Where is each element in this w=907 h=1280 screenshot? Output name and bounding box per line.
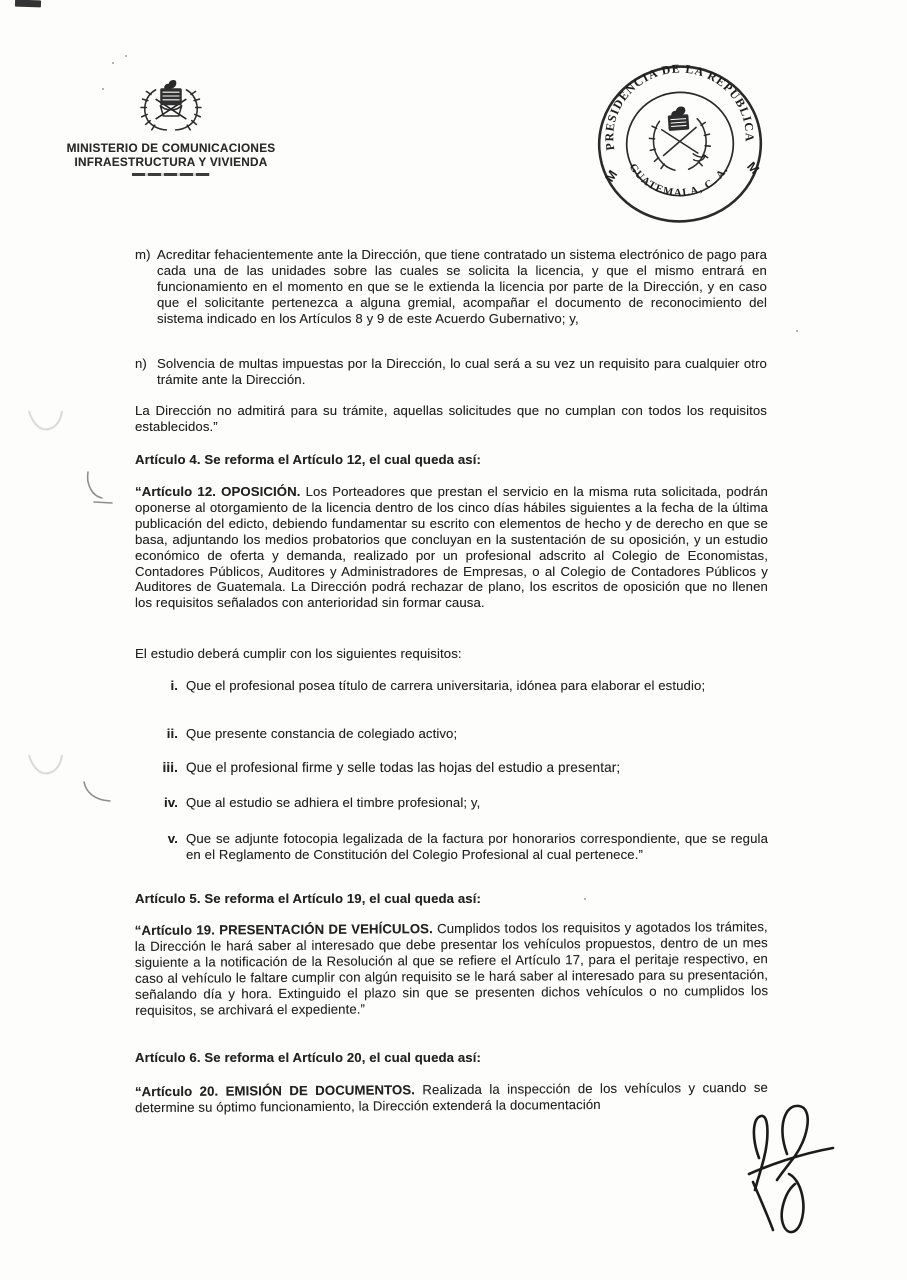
- ministry-name-line1: MINISTERIO DE COMUNICACIONES: [40, 142, 302, 156]
- study-intro: El estudio deberá cumplir con los siguie…: [135, 646, 767, 662]
- margin-pen-mark: [27, 751, 65, 777]
- articulo-12-title: “Artículo 12. OPOSICIÓN.: [135, 484, 301, 499]
- articulo-20-title: “Artículo 20. EMISIÓN DE DOCUMENTOS.: [135, 1082, 415, 1099]
- roman-label: iv.: [152, 795, 178, 811]
- roman-item-i: i. Que el profesional posea título de ca…: [152, 678, 768, 694]
- heading-articulo-6: Artículo 6. Se reforma el Artículo 20, e…: [135, 1050, 767, 1066]
- closing-paragraph: La Dirección no admitirá para su trámite…: [135, 403, 767, 435]
- letterhead-underline: [132, 173, 210, 176]
- scan-speckle: [796, 330, 798, 332]
- presidential-seal-icon: PRESIDENCIA DE LA REPUBLICA GUATEMALA, C…: [583, 52, 777, 236]
- coat-of-arms-icon: [132, 76, 210, 136]
- roman-text: Que el profesional posea título de carre…: [186, 678, 768, 694]
- margin-pen-mark: [80, 780, 112, 806]
- margin-pen-mark: [27, 407, 65, 433]
- scanned-document-page: MINISTERIO DE COMUNICACIONES INFRAESTRUC…: [0, 0, 907, 1280]
- ministry-name-line2: INFRAESTRUCTURA Y VIVIENDA: [40, 156, 302, 170]
- signature-initials: [737, 1096, 855, 1264]
- roman-item-iii: iii. Que el profesional firme y selle to…: [152, 760, 768, 776]
- scan-speckle: [125, 55, 127, 57]
- heading-articulo-4: Artículo 4. Se reforma el Artículo 12, e…: [135, 452, 767, 468]
- roman-item-ii: ii. Que presente constancia de colegiado…: [152, 726, 768, 742]
- articulo-19-title: “Artículo 19. PRESENTACIÓN DE VEHÍCULOS.: [135, 921, 433, 938]
- quetzal-bird: [164, 80, 176, 89]
- scan-artifact: [15, 0, 41, 7]
- roman-item-iv: iv. Que al estudio se adhiera el timbre …: [152, 795, 768, 811]
- roman-item-v: v. Que se adjunte fotocopia legalizada d…: [152, 831, 768, 863]
- roman-text: Que se adjunte fotocopia legalizada de l…: [186, 831, 768, 863]
- svg-text:GUATEMALA, C. A.: GUATEMALA, C. A.: [626, 155, 733, 203]
- articulo-20-paragraph: “Artículo 20. EMISIÓN DE DOCUMENTOS. Rea…: [135, 1080, 768, 1116]
- roman-text: Que al estudio se adhiera el timbre prof…: [186, 795, 768, 811]
- roman-label: iii.: [152, 760, 178, 776]
- list-item-label: m): [135, 247, 157, 327]
- letterhead: MINISTERIO DE COMUNICACIONES INFRAESTRUC…: [40, 76, 302, 176]
- list-item-n: n) Solvencia de multas impuestas por la …: [135, 356, 767, 388]
- seal-arc-bottom-text: GUATEMALA, C. A.: [626, 155, 733, 203]
- roman-text: Que presente constancia de colegiado act…: [186, 726, 768, 742]
- margin-pen-mark: [84, 470, 114, 506]
- roman-label: i.: [152, 678, 178, 694]
- articulo-19-paragraph: “Artículo 19. PRESENTACIÓN DE VEHÍCULOS.…: [135, 919, 769, 1018]
- list-item-m: m) Acreditar fehacientemente ante la Dir…: [135, 247, 767, 327]
- roman-label: ii.: [152, 726, 178, 742]
- roman-label: v.: [152, 831, 178, 863]
- heading-articulo-5: Artículo 5. Se reforma el Artículo 19, e…: [135, 891, 767, 907]
- articulo-12-body: Los Porteadores que prestan el servicio …: [135, 484, 768, 610]
- roman-text: Que el profesional firme y selle todas l…: [186, 760, 768, 776]
- list-item-label: n): [135, 356, 157, 388]
- list-item-text: Solvencia de multas impuestas por la Dir…: [157, 356, 767, 388]
- scan-speckle: [112, 62, 114, 64]
- articulo-12-paragraph: “Artículo 12. OPOSICIÓN. Los Porteadores…: [135, 484, 768, 611]
- list-item-text: Acreditar fehacientemente ante la Direcc…: [157, 247, 767, 327]
